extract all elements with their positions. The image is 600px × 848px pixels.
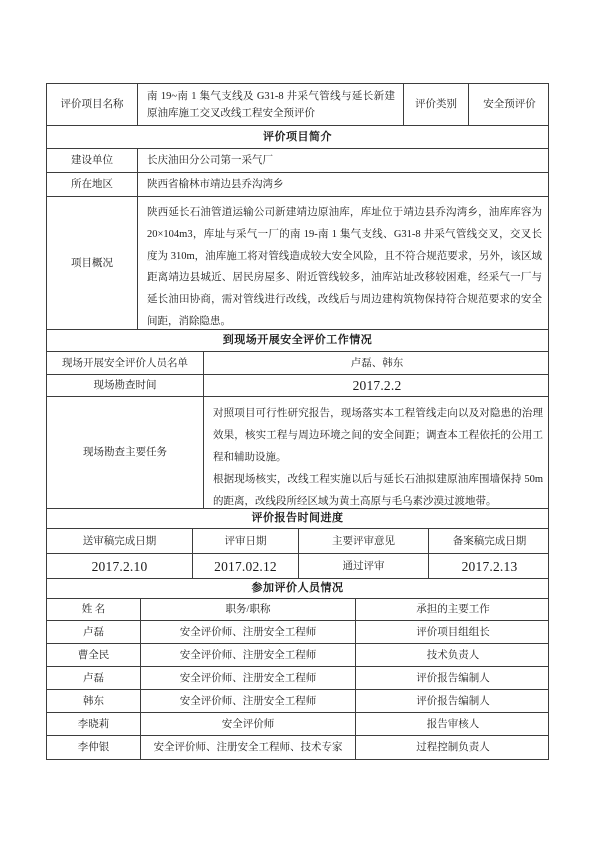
participant-role: 安全评价师、注册安全工程师: [141, 644, 356, 666]
survey-tasks-row: 现场勘查主要任务 对照项目可行性研究报告，现场落实本工程管线走向以及对隐患的治理…: [47, 397, 548, 509]
survey-time-value: 2017.2.2: [204, 375, 550, 396]
intro-section-title: 评价项目简介: [47, 126, 548, 148]
participant-work: 评价报告编制人: [356, 667, 550, 689]
construction-unit-label: 建设单位: [47, 149, 138, 172]
project-name-row: 评价项目名称 南 19~南 1 集气支线及 G31-8 井采气管线与延长新建原油…: [47, 84, 548, 126]
participant-row: 韩东 安全评价师、注册安全工程师 评价报告编制人: [47, 690, 548, 713]
schedule-header-row: 送审稿完成日期 评审日期 主要评审意见 备案稿完成日期: [47, 529, 548, 554]
project-overview-row: 项目概况 陕西延长石油管道运输公司新建靖边原油库，库址位于靖边县乔沟湾乡，油库库…: [47, 197, 548, 330]
participant-role: 安全评价师、注册安全工程师: [141, 667, 356, 689]
schedule-value-row: 2017.2.10 2017.02.12 通过评审 2017.2.13: [47, 554, 548, 579]
site-staff-label: 现场开展安全评价人员名单: [47, 352, 204, 374]
evaluation-category-value: 安全预评价: [469, 84, 550, 125]
schedule-value-review-date: 2017.02.12: [193, 554, 299, 578]
survey-tasks-value: 对照项目可行性研究报告，现场落实本工程管线走向以及对隐患的治理效果，核实工程与周…: [204, 397, 550, 508]
participant-work: 技术负责人: [356, 644, 550, 666]
intro-section-header-row: 评价项目简介: [47, 126, 548, 149]
schedule-header-draft-date: 送审稿完成日期: [47, 529, 193, 553]
participants-header-row: 姓 名 职务/职称 承担的主要工作: [47, 599, 548, 621]
schedule-value-review-opinion: 通过评审: [299, 554, 429, 578]
schedule-value-draft-date: 2017.2.10: [47, 554, 193, 578]
site-staff-value: 卢磊、韩东: [204, 352, 550, 374]
schedule-header-review-date: 评审日期: [193, 529, 299, 553]
project-overview-value: 陕西延长石油管道运输公司新建靖边原油库，库址位于靖边县乔沟湾乡，油库库容为 20…: [138, 197, 550, 329]
survey-tasks-label: 现场勘查主要任务: [47, 397, 204, 508]
participant-name: 卢磊: [47, 667, 141, 689]
participant-work: 评价项目组组长: [356, 621, 550, 643]
participant-role: 安全评价师、注册安全工程师、技术专家: [141, 736, 356, 759]
evaluation-summary-table: 评价项目名称 南 19~南 1 集气支线及 G31-8 井采气管线与延长新建原油…: [46, 83, 549, 760]
participants-section-title: 参加评价人员情况: [47, 579, 548, 598]
participant-row: 卢磊 安全评价师、注册安全工程师 评价项目组组长: [47, 621, 548, 644]
project-name-value: 南 19~南 1 集气支线及 G31-8 井采气管线与延长新建原油库施工交叉改线…: [138, 84, 404, 125]
evaluation-category-label: 评价类别: [404, 84, 469, 125]
participants-header-work: 承担的主要工作: [356, 599, 550, 620]
participant-work: 报告审核人: [356, 713, 550, 735]
participant-name: 李晓莉: [47, 713, 141, 735]
participant-work: 过程控制负责人: [356, 736, 550, 759]
survey-time-row: 现场勘查时间 2017.2.2: [47, 375, 548, 397]
schedule-section-title: 评价报告时间进度: [47, 509, 548, 528]
site-staff-row: 现场开展安全评价人员名单 卢磊、韩东: [47, 352, 548, 375]
participants-header-role: 职务/职称: [141, 599, 356, 620]
document-page: 评价项目名称 南 19~南 1 集气支线及 G31-8 井采气管线与延长新建原油…: [0, 0, 600, 848]
participant-name: 韩东: [47, 690, 141, 712]
schedule-header-final-date: 备案稿完成日期: [429, 529, 550, 553]
participant-row: 李仲银 安全评价师、注册安全工程师、技术专家 过程控制负责人: [47, 736, 548, 759]
project-name-label: 评价项目名称: [47, 84, 138, 125]
participant-work: 评价报告编制人: [356, 690, 550, 712]
participant-row: 李晓莉 安全评价师 报告审核人: [47, 713, 548, 736]
construction-unit-value: 长庆油田分公司第一采气厂: [138, 149, 550, 172]
participant-name: 曹全民: [47, 644, 141, 666]
participant-row: 曹全民 安全评价师、注册安全工程师 技术负责人: [47, 644, 548, 667]
survey-tasks-paragraph-2: 根据现场核实，改线工程实施以后与延长石油拟建原油库围墙保持 50m 的距离，改线…: [213, 469, 543, 508]
schedule-section-header-row: 评价报告时间进度: [47, 509, 548, 529]
participant-role: 安全评价师: [141, 713, 356, 735]
participant-name: 卢磊: [47, 621, 141, 643]
participant-row: 卢磊 安全评价师、注册安全工程师 评价报告编制人: [47, 667, 548, 690]
location-label: 所在地区: [47, 173, 138, 196]
participants-section-header-row: 参加评价人员情况: [47, 579, 548, 599]
participant-name: 李仲银: [47, 736, 141, 759]
survey-tasks-paragraph-1: 对照项目可行性研究报告，现场落实本工程管线走向以及对隐患的治理效果，核实工程与周…: [213, 403, 543, 468]
location-value: 陕西省榆林市靖边县乔沟湾乡: [138, 173, 550, 196]
location-row: 所在地区 陕西省榆林市靖边县乔沟湾乡: [47, 173, 548, 197]
schedule-value-final-date: 2017.2.13: [429, 554, 550, 578]
project-overview-label: 项目概况: [47, 197, 138, 329]
site-section-title: 到现场开展安全评价工作情况: [47, 330, 548, 351]
survey-time-label: 现场勘查时间: [47, 375, 204, 396]
construction-unit-row: 建设单位 长庆油田分公司第一采气厂: [47, 149, 548, 173]
participant-role: 安全评价师、注册安全工程师: [141, 690, 356, 712]
participants-header-name: 姓 名: [47, 599, 141, 620]
site-section-header-row: 到现场开展安全评价工作情况: [47, 330, 548, 352]
participant-role: 安全评价师、注册安全工程师: [141, 621, 356, 643]
schedule-header-review-opinion: 主要评审意见: [299, 529, 429, 553]
